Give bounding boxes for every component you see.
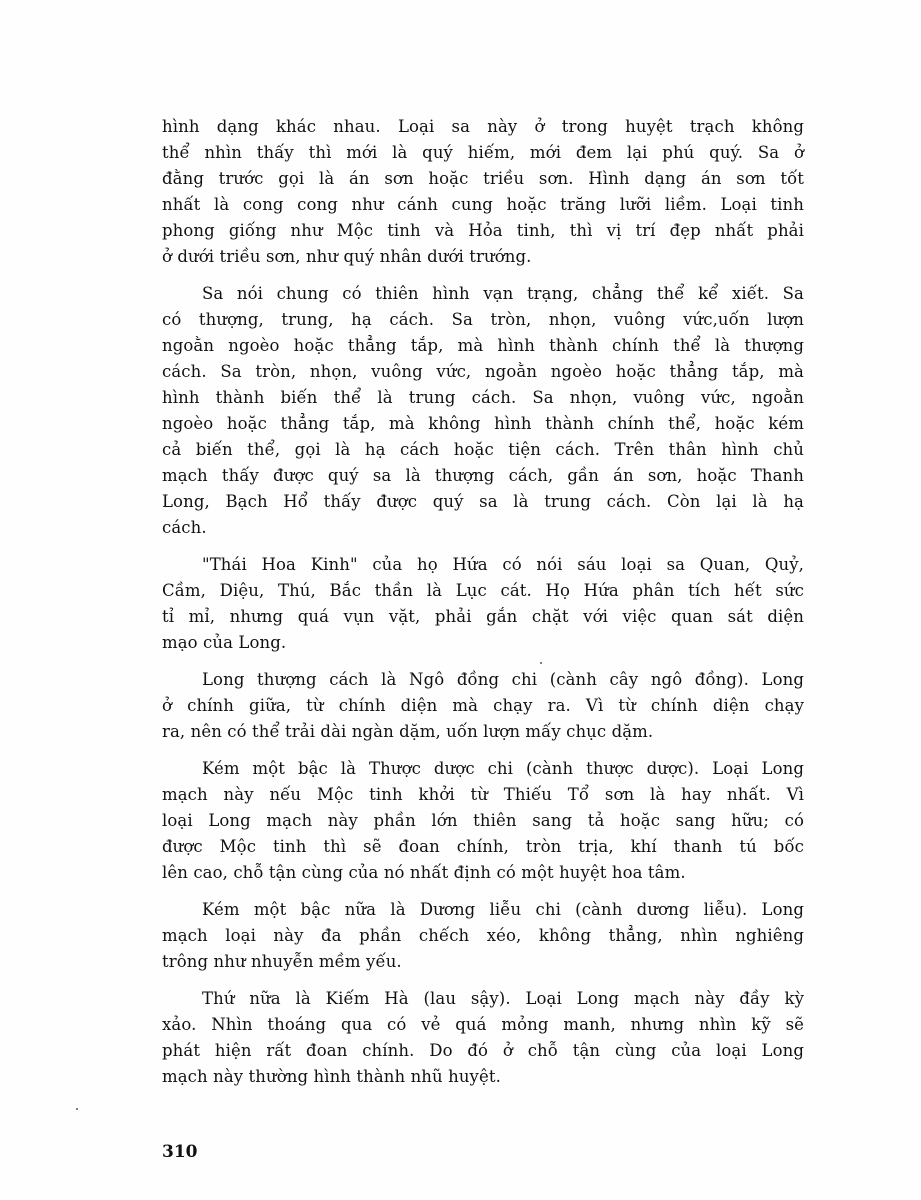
text-line: xảo. Nhìn thoáng qua có vẻ quá mỏng manh… — [162, 1012, 804, 1038]
text-line: cách. Sa tròn, nhọn, vuông vức, ngoằn ng… — [162, 359, 804, 385]
text-line: trông như nhuyễn mềm yếu. — [162, 949, 804, 975]
text-line: ở chính giữa, từ chính diện mà chạy ra. … — [162, 693, 804, 719]
text-line: ra, nên có thể trải dài ngàn dặm, uốn lư… — [162, 719, 804, 745]
text-line: mạch này thường hình thành nhũ huyệt. — [162, 1064, 804, 1090]
text-line: Cầm, Diệu, Thú, Bắc thần là Lục cát. Họ … — [162, 578, 804, 604]
body-text: hình dạng khác nhau. Loại sa này ở trong… — [162, 114, 804, 1101]
text-line: lên cao, chỗ tận cùng của nó nhất định c… — [162, 860, 804, 886]
text-line: Long thượng cách là Ngô đồng chi (cành c… — [162, 667, 804, 693]
text-line: Kém một bậc là Thược dược chi (cành thượ… — [162, 756, 804, 782]
paragraph-2: Sa nói chung có thiên hình vạn trạng, ch… — [162, 281, 804, 541]
text-line: Thứ nữa là Kiếm Hà (lau sậy). Loại Long … — [162, 986, 804, 1012]
text-line: phong giống như Mộc tinh và Hỏa tinh, th… — [162, 218, 804, 244]
page-number: 310 — [162, 1142, 198, 1162]
text-line: được Mộc tinh thì sẽ đoan chính, tròn tr… — [162, 834, 804, 860]
paragraph-3: "Thái Hoa Kinh" của họ Hứa có nói sáu lo… — [162, 552, 804, 656]
book-page: hình dạng khác nhau. Loại sa này ở trong… — [0, 0, 921, 1200]
text-line: mạo của Long. — [162, 630, 804, 656]
text-line: hình thành biến thể là trung cách. Sa nh… — [162, 385, 804, 411]
paragraph-7: Thứ nữa là Kiếm Hà (lau sậy). Loại Long … — [162, 986, 804, 1090]
text-line: cách. — [162, 515, 804, 541]
text-line: mạch thấy được quý sa là thượng cách, gầ… — [162, 463, 804, 489]
text-line: mạch này nếu Mộc tinh khởi từ Thiếu Tổ s… — [162, 782, 804, 808]
text-line: có thượng, trung, hạ cách. Sa tròn, nhọn… — [162, 307, 804, 333]
text-line: hình dạng khác nhau. Loại sa này ở trong… — [162, 114, 804, 140]
text-line: thể nhìn thấy thì mới là quý hiếm, mới đ… — [162, 140, 804, 166]
scan-speck — [540, 662, 542, 664]
text-line: loại Long mạch này phần lớn thiên sang t… — [162, 808, 804, 834]
text-line: Sa nói chung có thiên hình vạn trạng, ch… — [162, 281, 804, 307]
paragraph-5: Kém một bậc là Thược dược chi (cành thượ… — [162, 756, 804, 886]
text-line: ngoằn ngoèo hoặc thẳng tắp, mà hình thàn… — [162, 333, 804, 359]
text-line: nhất là cong cong như cánh cung hoặc tră… — [162, 192, 804, 218]
text-line: ngoèo hoặc thẳng tắp, mà không hình thàn… — [162, 411, 804, 437]
paragraph-1: hình dạng khác nhau. Loại sa này ở trong… — [162, 114, 804, 270]
text-line: Kém một bậc nữa là Dương liễu chi (cành … — [162, 897, 804, 923]
text-line: Long, Bạch Hổ thấy được quý sa là trung … — [162, 489, 804, 515]
paragraph-6: Kém một bậc nữa là Dương liễu chi (cành … — [162, 897, 804, 975]
text-line: mạch loại này đa phần chếch xéo, không t… — [162, 923, 804, 949]
text-line: cả biến thể, gọi là hạ cách hoặc tiện cá… — [162, 437, 804, 463]
text-line: đằng trước gọi là án sơn hoặc triều sơn.… — [162, 166, 804, 192]
text-line: phát hiện rất đoan chính. Do đó ở chỗ tậ… — [162, 1038, 804, 1064]
text-line: tỉ mỉ, nhưng quá vụn vặt, phải gắn chặt … — [162, 604, 804, 630]
scan-speck — [76, 1108, 78, 1110]
text-line: ở dưới triều sơn, như quý nhân dưới trướ… — [162, 244, 804, 270]
text-line: "Thái Hoa Kinh" của họ Hứa có nói sáu lo… — [162, 552, 804, 578]
paragraph-4: Long thượng cách là Ngô đồng chi (cành c… — [162, 667, 804, 745]
